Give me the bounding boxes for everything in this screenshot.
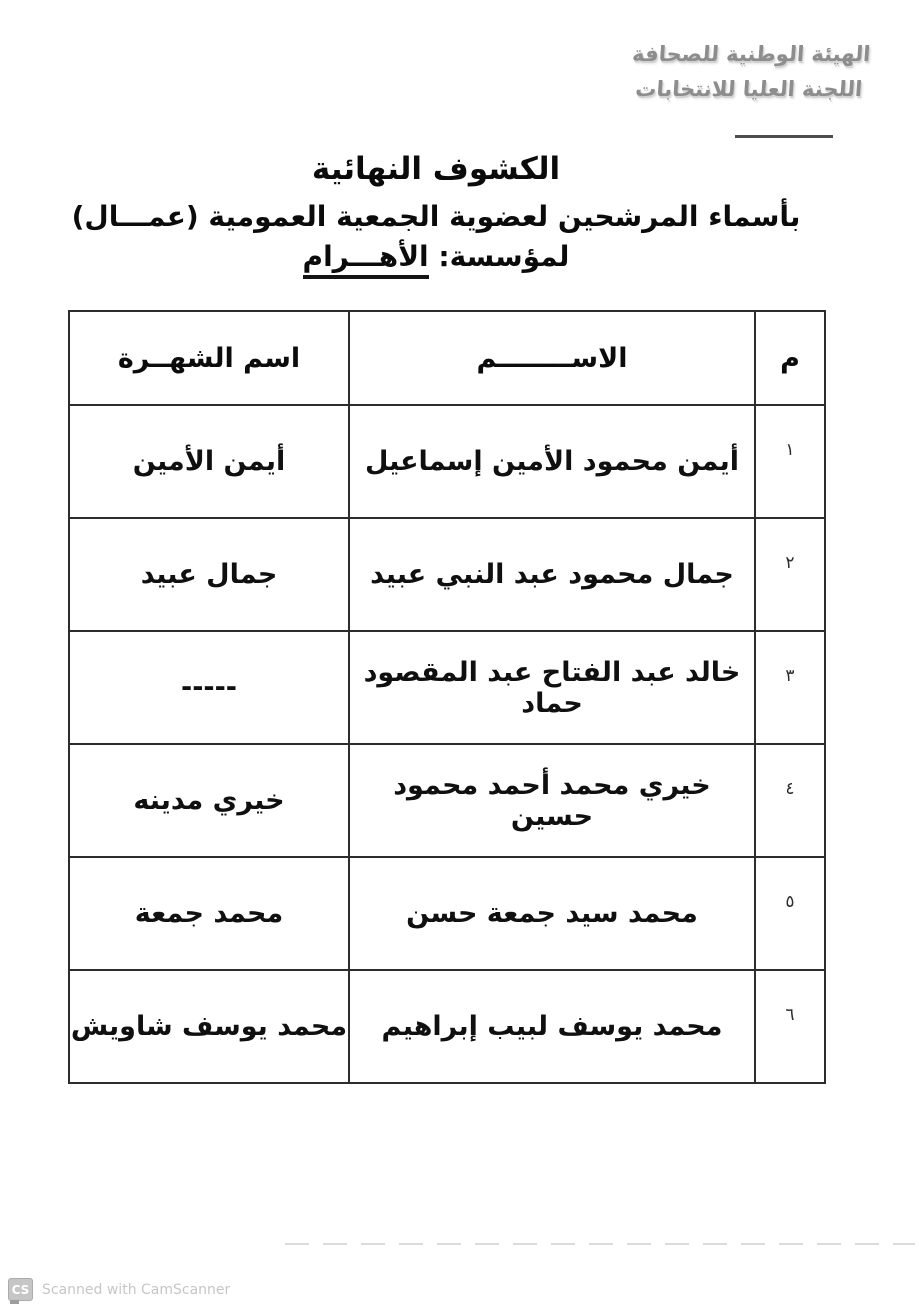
table-row: ٤ خيري محمد أحمد محمود حسين خيري مدينه — [69, 744, 825, 857]
candidate-known-name: محمد جمعة — [69, 857, 349, 970]
candidate-known-name: ----- — [69, 631, 349, 744]
page-title: الكشوف النهائية — [0, 152, 872, 186]
stamp-authority-name: الهيئة الوطنية للصحافة — [631, 44, 870, 65]
candidate-name: محمد يوسف لبيب إبراهيم — [349, 970, 755, 1083]
document-titles: الكشوف النهائية بأسماء المرشحين لعضوية ا… — [0, 152, 872, 279]
candidate-name: جمال محمود عبد النبي عبيد — [349, 518, 755, 631]
candidate-known-name: محمد يوسف شاويش — [69, 970, 349, 1083]
header-known-name: اسم الشهــرة — [69, 311, 349, 405]
organization-prefix: لمؤسسة: — [429, 240, 570, 273]
row-number: ٥ — [755, 857, 825, 970]
table-row: ٥ محمد سيد جمعة حسن محمد جمعة — [69, 857, 825, 970]
scanned-document-page: { "stamp": { "line1": "الهيئة الوطنية لل… — [0, 0, 919, 1305]
table-row: ٣ خالد عبد الفتاح عبد المقصود حماد ----- — [69, 631, 825, 744]
table-row: ١ أيمن محمود الأمين إسماعيل أيمن الأمين — [69, 405, 825, 518]
candidate-name: أيمن محمود الأمين إسماعيل — [349, 405, 755, 518]
camscanner-watermark: CS Scanned with CamScanner — [8, 1278, 230, 1301]
row-number: ١ — [755, 405, 825, 518]
candidate-name: خالد عبد الفتاح عبد المقصود حماد — [349, 631, 755, 744]
stamp-committee-name: اللجنة العليا للانتخابات — [629, 79, 868, 100]
candidates-table: م الاســــــــم اسم الشهــرة ١ أيمن محمو… — [68, 310, 826, 1084]
candidate-known-name: خيري مدينه — [69, 744, 349, 857]
candidate-name: محمد سيد جمعة حسن — [349, 857, 755, 970]
header-name: الاســــــــم — [349, 311, 755, 405]
row-number: ٣ — [755, 631, 825, 744]
row-number: ٦ — [755, 970, 825, 1083]
candidate-name: خيري محمد أحمد محمود حسين — [349, 744, 755, 857]
table-row: ٦ محمد يوسف لبيب إبراهيم محمد يوسف شاويش — [69, 970, 825, 1083]
scan-edge-artifact — [285, 1243, 915, 1245]
camscanner-watermark-text: Scanned with CamScanner — [42, 1282, 230, 1298]
organization-name: الأهـــرام — [303, 242, 429, 279]
row-number: ٢ — [755, 518, 825, 631]
candidate-known-name: أيمن الأمين — [69, 405, 349, 518]
row-number: ٤ — [755, 744, 825, 857]
header-number: م — [755, 311, 825, 405]
table-header-row: م الاســــــــم اسم الشهــرة — [69, 311, 825, 405]
stamp-underline — [735, 135, 833, 138]
table-row: ٢ جمال محمود عبد النبي عبيد جمال عبيد — [69, 518, 825, 631]
authority-stamp: الهيئة الوطنية للصحافة اللجنة العليا للا… — [629, 44, 871, 100]
organization-line: لمؤسسة: الأهـــرام — [0, 242, 872, 279]
page-subtitle: بأسماء المرشحين لعضوية الجمعية العمومية … — [0, 202, 872, 233]
camscanner-logo-icon: CS — [8, 1278, 33, 1301]
candidate-known-name: جمال عبيد — [69, 518, 349, 631]
